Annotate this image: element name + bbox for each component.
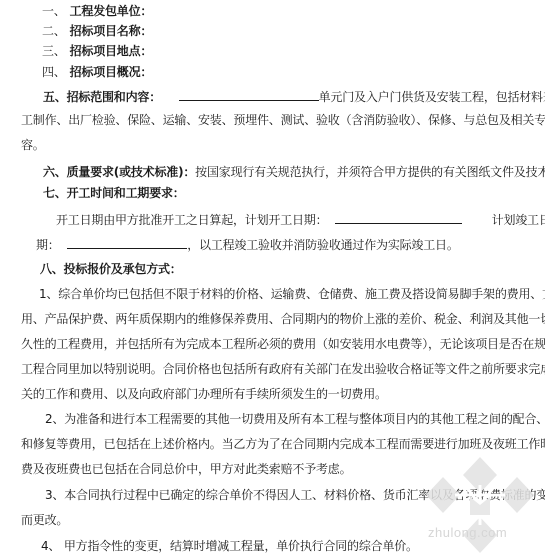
item-4-line: 4、 甲方指令性的变更，结算时增减工程量，单价执行合同的综合单价。 (41, 538, 418, 554)
section-2-label: 招标项目名称： (70, 24, 153, 38)
section-8-label: 八、投标报价及承包方式： (40, 262, 182, 276)
section-1-label: 工程发包单位： (70, 4, 153, 18)
zhulong-logo-icon (425, 455, 535, 555)
section-2-heading: 二、 招标项目名称： (42, 23, 152, 39)
section-3-heading: 三、 招标项目地点： (42, 43, 152, 59)
section-2-number: 二、 (42, 24, 66, 38)
section-1-heading: 一、 工程发包单位： (42, 3, 152, 19)
item-3-line-2: 而更改。 (21, 512, 68, 528)
item-2-line-3: 费及夜班费也已包括在合同总价中，甲方对此类索赔不予考虑。 (21, 461, 351, 477)
document-page: 一、 工程发包单位： 二、 招标项目名称： 三、 招标项目地点： 四、 招标项目… (0, 0, 545, 560)
section-5-line-2: 工制作、出厂检验、保险、运输、安装、预埋件、测试、验收（含消防验收）、保修、与总… (21, 112, 545, 128)
section-5-line-1: 五、招标范围和内容： 单元门及入户门供货及安装工程，包括材料采购加 (43, 88, 545, 105)
section-4-label: 招标项目概况： (70, 65, 153, 79)
section-7-line-2: 期： ，以工程竣工验收并消防验收通过作为实际竣工日。 (36, 236, 459, 253)
section-1-number: 一、 (42, 4, 66, 18)
start-date-label: 开工日期由甲方批准开工之日算起，计划开工日期： (56, 213, 327, 227)
section-6-text: 按国家现行有关规范执行，并须符合甲方提供的有关图纸文件及技术要求。 (195, 165, 545, 179)
completion-date-blank-field[interactable] (67, 236, 187, 249)
item-3-line-1: 3、本合同执行过程中已确定的综合单价不得因人工、材料价格、货币汇率以及各项取费标… (45, 487, 545, 503)
section-5-label: 五、招标范围和内容： (43, 90, 161, 104)
item-2-line-2: 和修复等费用，已包括在上述价格内。当乙方为了在合同期内完成本工程而需要进行加班及… (21, 436, 545, 452)
section-6-label: 六、质量要求(或技术标准)： (43, 165, 195, 179)
section-3-number: 三、 (42, 44, 66, 58)
watermark-text: zhulong.com (428, 525, 507, 540)
section-6-line: 六、质量要求(或技术标准)：按国家现行有关规范执行，并须符合甲方提供的有关图纸文… (43, 164, 545, 180)
item-2-line-1: 2、为准备和进行本工程需要的其他一切费用及所有本工程与整体项目内的其他工程之间的… (45, 411, 545, 427)
section-5-text-1: 单元门及入户门供货及安装工程，包括材料采购加 (319, 90, 545, 104)
section-3-label: 招标项目地点： (70, 44, 153, 58)
item-1-line-2: 用、产品保护费、两年质保期内的维修保养费用、合同期内的物价上涨的差价、税金、利润… (21, 311, 545, 327)
section-7-heading: 七、开工时间和工期要求： (43, 185, 185, 201)
section-5-line-3: 容。 (21, 137, 45, 153)
section-4-number: 四、 (42, 65, 66, 79)
item-1-line-4: 工程合同里加以特别说明。合同价格也包括所有政府有关部门在发出验收合格证等文件之前… (21, 361, 545, 377)
completion-date-text: ，以工程竣工验收并消防验收通过作为实际竣工日。 (187, 238, 458, 252)
item-1-line-3: 久性的工程费用，并包括所有为完成本工程所必须的费用（如安装用水电费等），无论该项… (21, 336, 545, 352)
section-7-line-1: 开工日期由甲方批准开工之日算起，计划开工日期： 计划竣工日 (56, 211, 545, 228)
section-8-heading: 八、投标报价及承包方式： (40, 261, 182, 277)
completion-date-label: 计划竣工日 (492, 213, 545, 227)
section-4-heading: 四、 招标项目概况： (42, 64, 152, 80)
scope-blank-field[interactable] (179, 88, 319, 101)
start-date-blank-field[interactable] (335, 211, 462, 224)
completion-date-prefix: 期： (36, 238, 60, 252)
item-1-line-1: 1、综合单价均已包括但不限于材料的价格、运输费、仓储费、施工费及搭设简易脚手架的… (39, 286, 545, 302)
item-1-line-5: 关的工作和费用、以及向政府部门办理所有手续所须发生的一切费用。 (21, 386, 387, 402)
